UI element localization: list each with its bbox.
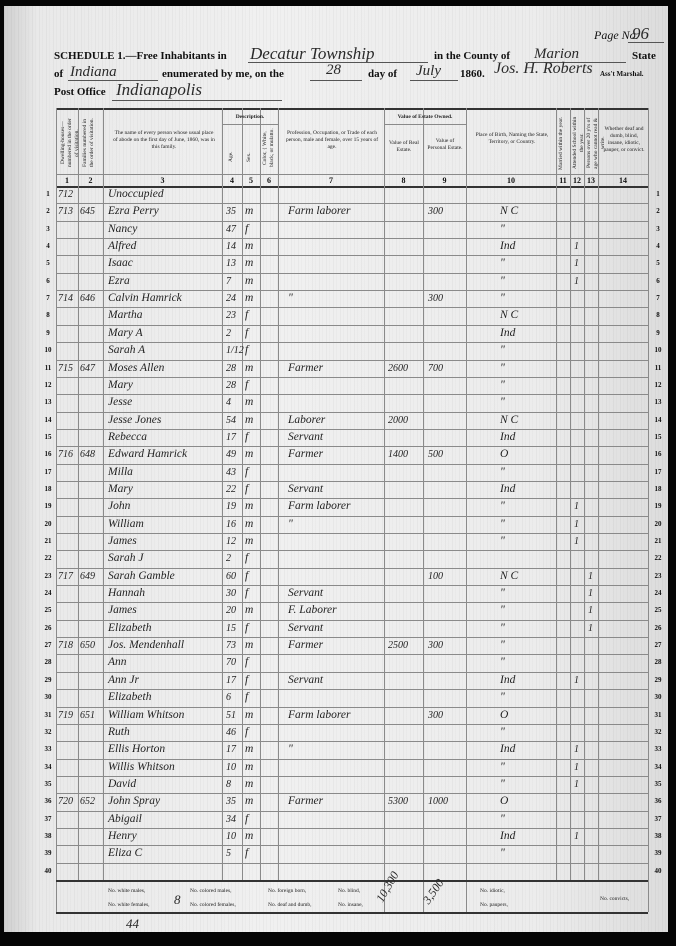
sex: m [245, 778, 253, 791]
birthplace: Ind [500, 240, 515, 253]
sex: m [245, 414, 253, 427]
census-page: Page No. 96 SCHEDULE 1.—Free Inhabitants… [4, 6, 668, 932]
row-rule [56, 602, 648, 603]
birthplace: " [500, 813, 505, 826]
line-number-left: 7 [42, 294, 54, 302]
col-3-header: The name of every person whose usual pla… [112, 130, 216, 151]
row-rule [56, 533, 648, 534]
age: 5 [226, 847, 231, 860]
total-real-estate: 10,300 [373, 869, 402, 905]
age: 12 [226, 535, 236, 548]
col-6-header: Color, { White, black, or mulatto. [262, 126, 276, 170]
line-number-right: 24 [652, 589, 664, 597]
col-14-header: Whether deaf and dumb, blind, insane, id… [602, 126, 646, 154]
person-name: James [108, 535, 137, 548]
birthplace: " [500, 257, 505, 270]
row-rule [56, 672, 648, 673]
age: 6 [226, 691, 231, 704]
age: 19 [226, 500, 236, 513]
person-name: John [108, 500, 130, 513]
line-number-left: 9 [42, 329, 54, 337]
occupation: Farmer [288, 448, 323, 461]
age: 7 [226, 275, 231, 288]
family-number: 649 [80, 570, 95, 583]
sex: f [245, 379, 248, 392]
enumeration-month: July [416, 63, 441, 80]
age: 46 [226, 726, 236, 739]
sex: f [245, 587, 248, 600]
line-number-left: 3 [42, 225, 54, 233]
col-13-header: Persons over 20 y'rs of age who cannot r… [586, 116, 596, 170]
col-9-header: Value of Personal Estate. [426, 138, 464, 152]
line-number-left: 1 [42, 190, 54, 198]
personal-estate-value: 100 [428, 570, 443, 583]
line-number-left: 31 [42, 711, 54, 719]
row-rule [56, 360, 648, 361]
sex: m [245, 639, 253, 652]
dwelling-number: 712 [58, 188, 73, 201]
person-name: James [108, 604, 137, 617]
person-name: Ezra Perry [108, 205, 159, 218]
age: 49 [226, 448, 236, 461]
row-rule [56, 793, 648, 794]
row-rule [56, 429, 648, 430]
colored-males-label: No. colored males, [190, 888, 232, 894]
cannot-read-write: 1 [588, 570, 593, 583]
line-number-left: 30 [42, 693, 54, 701]
col-8-header: Value of Real Estate. [386, 140, 422, 154]
sex: f [245, 309, 248, 322]
line-number-left: 40 [42, 867, 54, 875]
col-7-header: Profession, Occupation, or Trade of each… [284, 130, 380, 151]
attended-school: 1 [574, 535, 579, 548]
sex: m [245, 795, 253, 808]
idiotic-label: No. idiotic, [480, 888, 505, 894]
age: 60 [226, 570, 236, 583]
line-number-right: 5 [652, 259, 664, 267]
person-name: Mary [108, 379, 133, 392]
col-12-header: Attended School within the year. [572, 116, 582, 170]
cannot-read-write: 1 [588, 587, 593, 600]
row-rule [56, 446, 648, 447]
line-number-right: 35 [652, 780, 664, 788]
line-number-left: 38 [42, 832, 54, 840]
birthplace: N C [500, 205, 518, 218]
occupation: Farm laborer [288, 709, 351, 722]
township: Decatur Township [250, 44, 375, 64]
row-rule [56, 637, 648, 638]
family-number: 648 [80, 448, 95, 461]
birthplace: " [500, 518, 505, 531]
birthplace: Ind [500, 674, 515, 687]
birthplace: N C [500, 309, 518, 322]
col-num-8: 8 [384, 176, 423, 185]
age: 43 [226, 466, 236, 479]
line-number-right: 40 [652, 867, 664, 875]
line-number-left: 35 [42, 780, 54, 788]
row-rule [56, 585, 648, 586]
line-number-left: 26 [42, 624, 54, 632]
sex: f [245, 552, 248, 565]
line-number-right: 39 [652, 849, 664, 857]
person-name: Ann [108, 656, 127, 669]
line-number-right: 7 [652, 294, 664, 302]
row-rule [56, 707, 648, 708]
personal-estate-value: 500 [428, 448, 443, 461]
sex: f [245, 622, 248, 635]
birthplace: " [500, 691, 505, 704]
birthplace: " [500, 362, 505, 375]
dwelling-number: 714 [58, 292, 73, 305]
col-num-10: 10 [466, 176, 556, 185]
line-number-right: 4 [652, 242, 664, 250]
age: 4 [226, 396, 231, 409]
line-number-right: 25 [652, 606, 664, 614]
line-number-right: 36 [652, 797, 664, 805]
occupation: Servant [288, 674, 323, 687]
occupation: F. Laborer [288, 604, 337, 617]
sex: m [245, 761, 253, 774]
description-group-header: Description. [222, 114, 278, 121]
line-number-right: 6 [652, 277, 664, 285]
person-name: Ezra [108, 275, 130, 288]
sex: m [245, 396, 253, 409]
line-number-right: 38 [652, 832, 664, 840]
line-number-left: 24 [42, 589, 54, 597]
personal-estate-value: 300 [428, 639, 443, 652]
line-number-right: 10 [652, 346, 664, 354]
col-num-14: 14 [598, 176, 648, 185]
birthplace: O [500, 448, 508, 461]
line-number-right: 15 [652, 433, 664, 441]
paupers-label: No. paupers, [480, 902, 508, 908]
line-number-left: 23 [42, 572, 54, 580]
row-rule [56, 689, 648, 690]
line-number-right: 20 [652, 520, 664, 528]
birthplace: " [500, 622, 505, 635]
line-number-right: 30 [652, 693, 664, 701]
row-rule [56, 221, 648, 222]
line-number-left: 33 [42, 745, 54, 753]
colored-females-label: No. colored females, [190, 902, 236, 908]
person-name: Moses Allen [108, 362, 164, 375]
birthplace: " [500, 761, 505, 774]
birthplace: " [500, 656, 505, 669]
sex: m [245, 240, 253, 253]
person-name: Unoccupied [108, 188, 164, 201]
dwelling-number: 718 [58, 639, 73, 652]
person-name: Sarah J [108, 552, 143, 565]
birthplace: " [500, 344, 505, 357]
col-2-header: Families numbered in the order of visita… [82, 116, 100, 170]
birthplace: " [500, 587, 505, 600]
line-number-right: 32 [652, 728, 664, 736]
family-number: 645 [80, 205, 95, 218]
deaf-dumb-label: No. deaf and dumb, [268, 902, 312, 908]
person-name: Rebecca [108, 431, 147, 444]
personal-estate-value: 300 [428, 709, 443, 722]
sex: f [245, 726, 248, 739]
occupation: Servant [288, 483, 323, 496]
line-number-left: 17 [42, 468, 54, 476]
col-11-header: Married within the year. [558, 116, 568, 170]
sex: f [245, 847, 248, 860]
row-rule [56, 412, 648, 413]
sex: m [245, 518, 253, 531]
line-number-left: 4 [42, 242, 54, 250]
person-name: Henry [108, 830, 137, 843]
occupation: Servant [288, 622, 323, 635]
sex: m [245, 535, 253, 548]
birthplace: Ind [500, 327, 515, 340]
row-rule [56, 481, 648, 482]
line-number-right: 14 [652, 416, 664, 424]
row-rule [56, 828, 648, 829]
row-rule [56, 238, 648, 239]
row-rule [56, 550, 648, 551]
foreign-born-label: No. foreign born, [268, 888, 306, 894]
person-name: William Whitson [108, 709, 184, 722]
birthplace: " [500, 604, 505, 617]
row-rule [56, 255, 648, 256]
line-number-right: 9 [652, 329, 664, 337]
birthplace: " [500, 726, 505, 739]
sex: m [245, 830, 253, 843]
birthplace: N C [500, 414, 518, 427]
person-name: Sarah A [108, 344, 145, 357]
sex: m [245, 362, 253, 375]
col-num-13: 13 [584, 176, 598, 185]
row-rule [56, 464, 648, 465]
birthplace: " [500, 292, 505, 305]
birthplace: " [500, 639, 505, 652]
person-name: John Spray [108, 795, 160, 808]
row-rule [56, 654, 648, 655]
occupation: Farmer [288, 639, 323, 652]
person-name: Eliza C [108, 847, 142, 860]
estate-group-header: Value of Estate Owned. [384, 114, 466, 121]
post-office-label: Post Office [54, 86, 106, 98]
age: 13 [226, 257, 236, 270]
age: 73 [226, 639, 236, 652]
age: 20 [226, 604, 236, 617]
line-number-left: 5 [42, 259, 54, 267]
line-number-right: 37 [652, 815, 664, 823]
age: 54 [226, 414, 236, 427]
person-name: William [108, 518, 144, 531]
sex: m [245, 743, 253, 756]
line-number-right: 13 [652, 398, 664, 406]
margin-note: 44 [126, 916, 139, 932]
attended-school: 1 [574, 257, 579, 270]
age: 22 [226, 483, 236, 496]
personal-estate-value: 300 [428, 292, 443, 305]
real-estate-value: 2600 [388, 362, 408, 375]
birthplace: " [500, 466, 505, 479]
age: 24 [226, 292, 236, 305]
line-number-left: 12 [42, 381, 54, 389]
row-rule [56, 498, 648, 499]
person-name: Jesse Jones [108, 414, 161, 427]
age: 35 [226, 795, 236, 808]
age: 34 [226, 813, 236, 826]
line-number-right: 17 [652, 468, 664, 476]
row-rule [56, 273, 648, 274]
line-number-right: 33 [652, 745, 664, 753]
birthplace: " [500, 535, 505, 548]
line-number-left: 18 [42, 485, 54, 493]
person-name: Abigail [108, 813, 142, 826]
person-name: Milla [108, 466, 133, 479]
sex: f [245, 431, 248, 444]
row-rule [56, 863, 648, 864]
row-rule [56, 516, 648, 517]
line-number-left: 16 [42, 450, 54, 458]
person-name: Calvin Hamrick [108, 292, 182, 305]
age: 17 [226, 431, 236, 444]
line-number-left: 39 [42, 849, 54, 857]
line-number-right: 8 [652, 311, 664, 319]
row-rule [56, 377, 648, 378]
real-estate-value: 1400 [388, 448, 408, 461]
age: 10 [226, 830, 236, 843]
sex: m [245, 205, 253, 218]
line-number-left: 15 [42, 433, 54, 441]
person-name: Mary [108, 483, 133, 496]
birthplace: " [500, 223, 505, 236]
col-10-header: Place of Birth, Naming the State, Territ… [470, 132, 554, 146]
birthplace: " [500, 396, 505, 409]
person-name: Elizabeth [108, 622, 151, 635]
of-label: of [54, 68, 63, 80]
row-rule [56, 620, 648, 621]
family-number: 650 [80, 639, 95, 652]
convicts-label: No. convicts, [600, 896, 629, 902]
page-number: 96 [632, 24, 649, 44]
post-office: Indianapolis [116, 80, 202, 100]
person-name: Elizabeth [108, 691, 151, 704]
sex: m [245, 709, 253, 722]
person-name: Hannah [108, 587, 145, 600]
sex: m [245, 292, 253, 305]
real-estate-value: 2000 [388, 414, 408, 427]
line-number-right: 18 [652, 485, 664, 493]
sex: f [245, 813, 248, 826]
personal-estate-value: 300 [428, 205, 443, 218]
col-num-7: 7 [278, 176, 384, 185]
person-name: Ellis Horton [108, 743, 165, 756]
age: 35 [226, 205, 236, 218]
age: 47 [226, 223, 236, 236]
birthplace: Ind [500, 743, 515, 756]
line-number-left: 10 [42, 346, 54, 354]
person-name: Martha [108, 309, 143, 322]
row-rule [56, 394, 648, 395]
line-number-right: 28 [652, 658, 664, 666]
col-num-3: 3 [103, 176, 222, 185]
white-females-label: No. white females, [108, 902, 150, 908]
real-estate-value: 5300 [388, 795, 408, 808]
occupation: Laborer [288, 414, 325, 427]
birthplace: " [500, 379, 505, 392]
attended-school: 1 [574, 518, 579, 531]
person-name: David [108, 778, 136, 791]
line-number-left: 2 [42, 207, 54, 215]
birthplace: N C [500, 570, 518, 583]
line-number-left: 20 [42, 520, 54, 528]
enumeration-day: 28 [326, 62, 341, 79]
line-number-right: 16 [652, 450, 664, 458]
row-rule [56, 741, 648, 742]
state: Indiana [70, 64, 117, 81]
col-num-12: 12 [570, 176, 584, 185]
line-number-left: 29 [42, 676, 54, 684]
age: 17 [226, 743, 236, 756]
person-name: Sarah Gamble [108, 570, 175, 583]
line-number-right: 2 [652, 207, 664, 215]
row-rule [56, 845, 648, 846]
marshal-signature: Jos. H. Roberts [494, 60, 593, 78]
dwelling-number: 717 [58, 570, 73, 583]
family-number: 646 [80, 292, 95, 305]
white-females-count: 8 [174, 892, 181, 908]
row-rule [56, 724, 648, 725]
person-name: Alfred [108, 240, 136, 253]
family-number: 651 [80, 709, 95, 722]
personal-estate-value: 1000 [428, 795, 448, 808]
line-number-right: 26 [652, 624, 664, 632]
enumerated-label: enumerated by me, on the [162, 68, 284, 80]
line-number-right: 21 [652, 537, 664, 545]
age: 70 [226, 656, 236, 669]
sex: f [245, 327, 248, 340]
line-number-right: 1 [652, 190, 664, 198]
attended-school: 1 [574, 674, 579, 687]
col-num-5: 5 [242, 176, 260, 185]
enumeration-year: 1860. [460, 68, 485, 80]
sex: f [245, 483, 248, 496]
occupation: " [288, 518, 293, 531]
col-num-2: 2 [78, 176, 103, 185]
line-number-right: 34 [652, 763, 664, 771]
birthplace: " [500, 778, 505, 791]
col-num-6: 6 [260, 176, 278, 185]
cannot-read-write: 1 [588, 622, 593, 635]
line-number-left: 36 [42, 797, 54, 805]
attended-school: 1 [574, 778, 579, 791]
row-rule [56, 342, 648, 343]
family-number: 647 [80, 362, 95, 375]
person-name: Ann Jr [108, 674, 139, 687]
birthplace: O [500, 795, 508, 808]
line-number-right: 31 [652, 711, 664, 719]
person-name: Nancy [108, 223, 137, 236]
line-number-left: 28 [42, 658, 54, 666]
line-number-right: 3 [652, 225, 664, 233]
age: 51 [226, 709, 236, 722]
age: 14 [226, 240, 236, 253]
line-number-left: 14 [42, 416, 54, 424]
age: 28 [226, 362, 236, 375]
marshal-label: Ass't Marshal. [600, 70, 644, 78]
occupation: Farmer [288, 362, 323, 375]
line-number-left: 32 [42, 728, 54, 736]
line-number-left: 27 [42, 641, 54, 649]
person-name: Jesse [108, 396, 132, 409]
attended-school: 1 [574, 275, 579, 288]
sex: f [245, 674, 248, 687]
attended-school: 1 [574, 743, 579, 756]
